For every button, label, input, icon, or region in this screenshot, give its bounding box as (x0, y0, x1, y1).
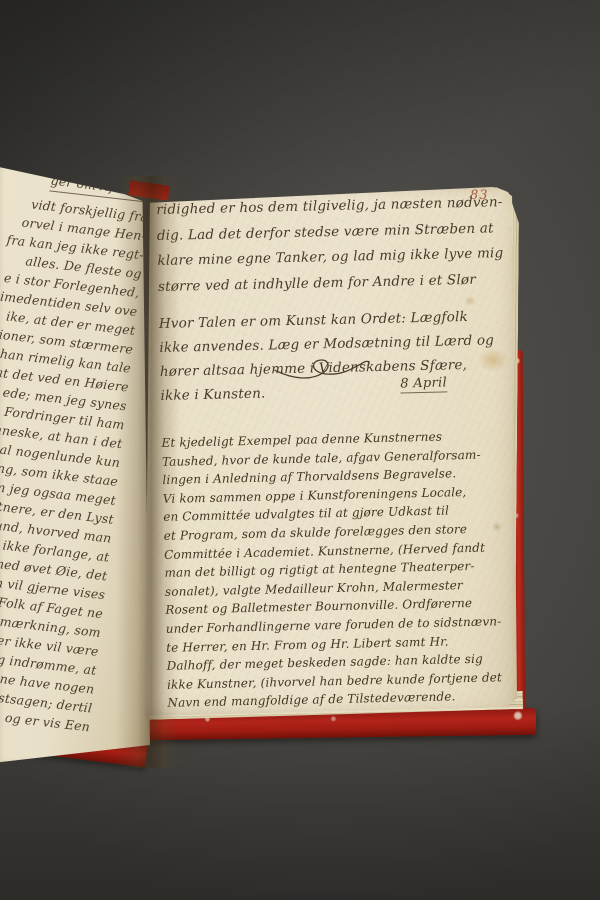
left-page: ger om Aftenen vidt forskjellig fra orve… (0, 158, 162, 772)
left-page-fragment-lines: vidt forskjellig fra orvel i mange Hen- … (0, 197, 149, 735)
date-heading: 8 April (400, 375, 447, 393)
right-page-text: ridighed er hos dem tilgivelig, ja næste… (156, 190, 520, 713)
photo-background: ger om Aftenen vidt forskjellig fra orve… (0, 0, 600, 900)
right-page: 83 ridighed er hos dem tilgivelig, ja næ… (138, 180, 522, 722)
paragraph-diary-entry: Et kjedeligt Exempel paa denne Kunstnern… (161, 426, 519, 713)
left-page-text: ger om Aftenen vidt forskjellig fra orve… (0, 164, 152, 737)
flourish-divider-icon (272, 351, 373, 381)
paragraph-continuation: ridighed er hos dem tilgivelig, ja næste… (156, 190, 510, 300)
book-cover-edge-gutter-top (128, 180, 170, 200)
